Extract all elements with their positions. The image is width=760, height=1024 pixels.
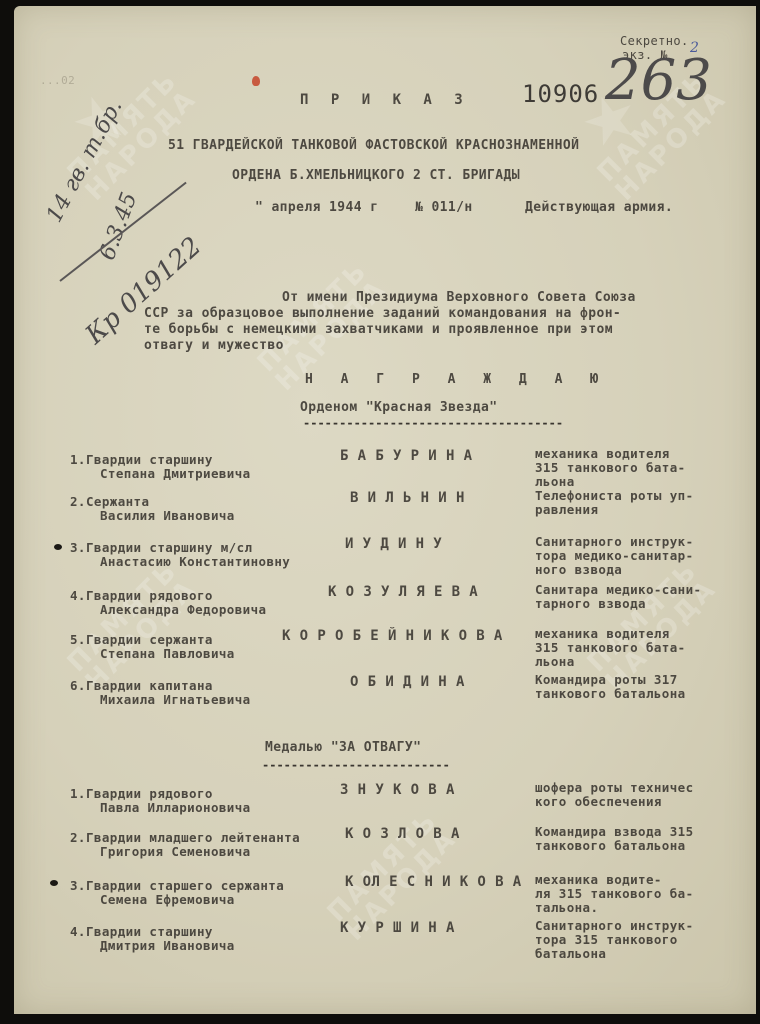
- entry-given-name: Степана Павловича: [100, 646, 235, 661]
- entry-position: танкового батальона: [535, 838, 686, 853]
- entry-position: механика водителя: [535, 446, 670, 461]
- entry-position: льона: [535, 654, 575, 669]
- section-title: Медалью "ЗА ОТВАГУ": [265, 740, 421, 755]
- document-title: П Р И К А З: [300, 92, 470, 108]
- entry-number: 4.: [70, 924, 86, 939]
- order-number: № 011/н: [415, 200, 473, 215]
- entry-given-name: Анастасию Константиновну: [100, 554, 290, 569]
- entry-given-name: Семена Ефремовича: [100, 892, 235, 907]
- entry-position: льона: [535, 474, 575, 489]
- entry-number: 1.: [70, 786, 86, 801]
- entry-rank: Гвардии старшину м/сл: [86, 540, 252, 555]
- punch-hole: [50, 880, 58, 886]
- entry-given-name: Степана Дмитриевича: [100, 466, 251, 481]
- entry-surname: К ОЛ Е С Н И К О В А: [345, 874, 522, 890]
- entry-given-name: Павла Илларионовича: [100, 800, 251, 815]
- preamble-line: те борьбы с немецкими захватчиками и про…: [144, 322, 613, 337]
- entry-surname: К О З Л О В А: [345, 826, 460, 842]
- entry-surname: В И Л Ь Н И Н: [350, 490, 465, 506]
- entry-given-name: Александра Федоровича: [100, 602, 266, 617]
- entry-given-name: Григория Семеновича: [100, 844, 251, 859]
- entry-position: 315 танкового бата-: [535, 640, 686, 655]
- entry-number: 2.: [70, 494, 86, 509]
- entry-rank: Гвардии младшего лейтенанта: [86, 830, 300, 845]
- entry-rank: Сержанта: [86, 494, 149, 509]
- archive-number: 10906: [522, 80, 599, 108]
- entry-position: Командира взвода 315: [535, 824, 694, 839]
- entry-given-name: Василия Ивановича: [100, 508, 235, 523]
- entry-position: ного взвода: [535, 562, 622, 577]
- unit-name-line-1: 51 ГВАРДЕЙСКОЙ ТАНКОВОЙ ФАСТОВСКОЙ КРАСН…: [168, 138, 579, 153]
- section-underline: ------------------------------------: [303, 416, 563, 430]
- entry-number: 6.: [70, 678, 86, 693]
- unit-name-line-2: ОРДЕНА Б.ХМЕЛЬНИЦКОГО 2 СТ. БРИГАДЫ: [232, 168, 520, 183]
- entry-position: танкового батальона: [535, 686, 686, 701]
- entry-rank: Гвардии старшего сержанта: [86, 878, 284, 893]
- entry-position: механика водите-: [535, 872, 662, 887]
- entry-number: 1.: [70, 452, 86, 467]
- entry-rank: Гвардии капитана: [86, 678, 213, 693]
- location: Действующая армия.: [525, 200, 673, 215]
- preamble-line: От имени Президиума Верховного Совета Со…: [282, 290, 636, 305]
- entry-surname: З Н У К О В А: [340, 782, 455, 798]
- entry-position: механика водителя: [535, 626, 670, 641]
- award-heading: Н А Г Р А Ж Д А Ю: [305, 372, 608, 387]
- entry-given-name: Дмитрия Ивановича: [100, 938, 235, 953]
- entry-position: ля 315 танкового ба-: [535, 886, 694, 901]
- entry-position: батальона: [535, 946, 606, 961]
- entry-position: Командира роты 317: [535, 672, 678, 687]
- entry-position: тарного взвода: [535, 596, 646, 611]
- section-title: Орденом "Красная Звезда": [300, 400, 497, 415]
- entry-number: 3.: [70, 540, 86, 555]
- entry-number: 5.: [70, 632, 86, 647]
- entry-number: 2.: [70, 830, 86, 845]
- red-mark: [252, 76, 260, 86]
- entry-position: Санитарного инструк-: [535, 918, 694, 933]
- entry-surname: К О Р О Б Е Й Н И К О В А: [282, 628, 503, 644]
- entry-rank: Гвардии старшину: [86, 924, 213, 939]
- entry-position: 315 танкового бата-: [535, 460, 686, 475]
- entry-rank: Гвардии рядового: [86, 588, 213, 603]
- entry-surname: К О З У Л Я Е В А: [328, 584, 478, 600]
- corner-mark: ...02: [40, 74, 75, 87]
- handwritten-page-number: 263: [605, 48, 712, 113]
- section-underline: --------------------------: [262, 758, 450, 772]
- entry-position: тора 315 танкового: [535, 932, 678, 947]
- entry-position: равления: [535, 502, 598, 517]
- entry-position: Санитара медико-сани-: [535, 582, 701, 597]
- preamble-line: отвагу и мужество: [144, 338, 284, 353]
- entry-number: 4.: [70, 588, 86, 603]
- entry-position: кого обеспечения: [535, 794, 662, 809]
- entry-position: тора медико-санитар-: [535, 548, 694, 563]
- entry-surname: Б А Б У Р И Н А: [340, 448, 472, 464]
- entry-position: Санитарного инструк-: [535, 534, 694, 549]
- entry-given-name: Михаила Игнатьевича: [100, 692, 251, 707]
- entry-position: тальона.: [535, 900, 598, 915]
- preamble-line: ССР за образцовое выполнение заданий ком…: [144, 306, 621, 321]
- entry-position: шофера роты техничес: [535, 780, 694, 795]
- entry-surname: И У Д И Н У: [345, 536, 442, 552]
- order-date: " апреля 1944 г: [255, 200, 378, 215]
- entry-rank: Гвардии рядового: [86, 786, 213, 801]
- entry-position: Телефониста роты уп-: [535, 488, 694, 503]
- entry-surname: К У Р Ш И Н А: [340, 920, 455, 936]
- entry-surname: О Б И Д И Н А: [350, 674, 465, 690]
- punch-hole: [54, 544, 62, 550]
- entry-number: 3.: [70, 878, 86, 893]
- entry-rank: Гвардии старшину: [86, 452, 213, 467]
- entry-rank: Гвардии сержанта: [86, 632, 213, 647]
- classification-stamp: Секретно.: [620, 34, 689, 48]
